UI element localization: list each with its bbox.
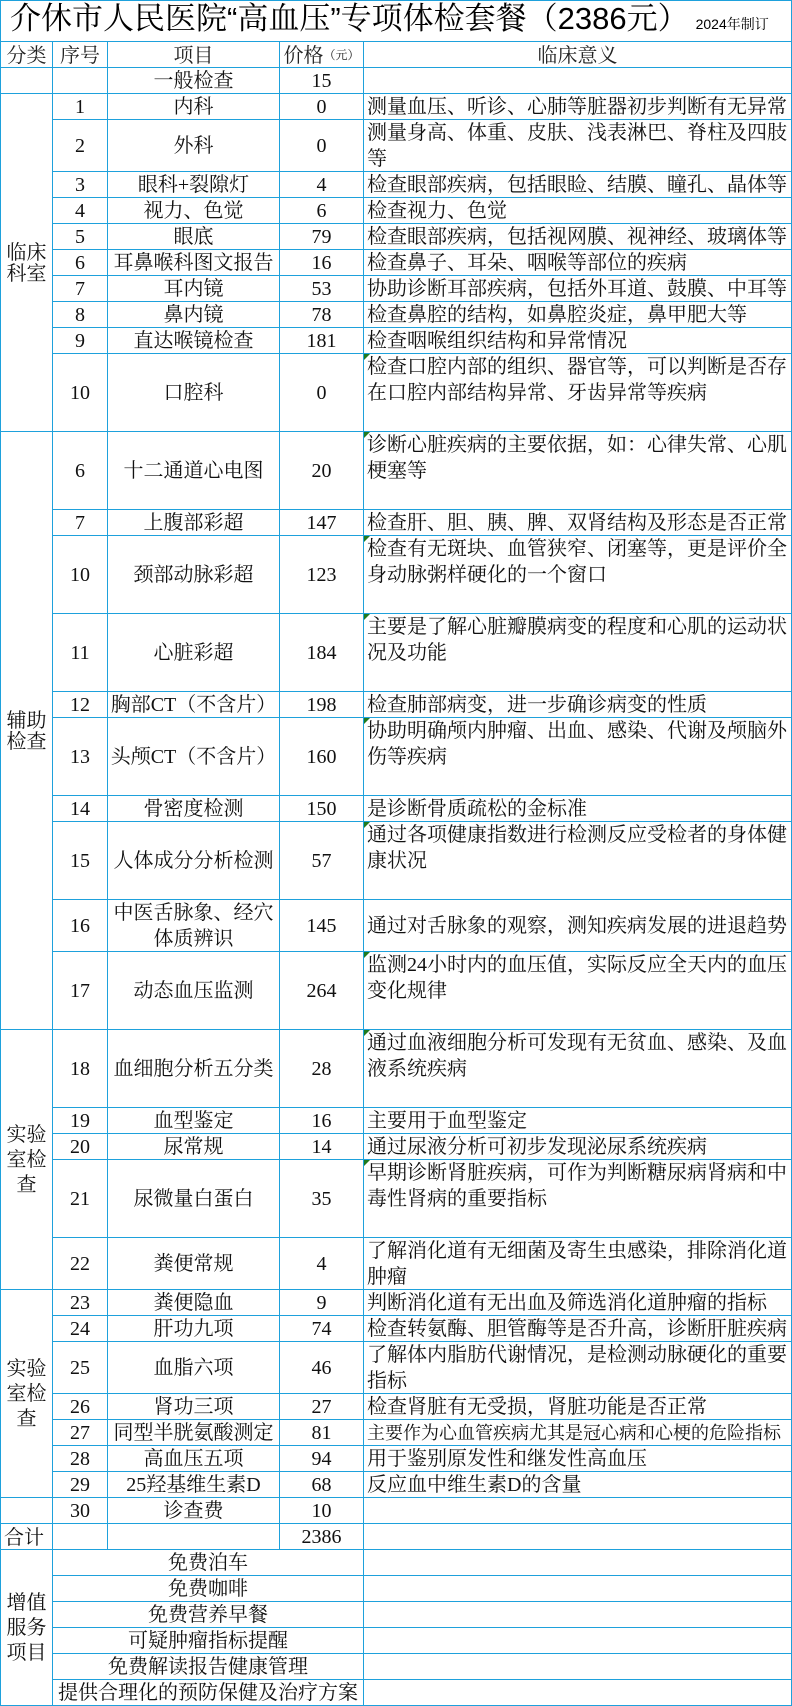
clinical-significance-text: 诊断心脏疾病的主要依据，如：心律失常、心肌梗塞等 (367, 432, 791, 484)
page-title: 介休市人民医院“高血压”专项体检套餐（2386元） (10, 1, 689, 36)
total-price: 2386 (280, 1524, 364, 1550)
item-name: 血脂六项 (108, 1342, 280, 1394)
item-price: 4 (280, 172, 364, 198)
item-price: 35 (280, 1160, 364, 1238)
clinical-significance: 用于鉴别原发性和继发性高血压 (364, 1446, 792, 1472)
row-no: 23 (53, 1290, 108, 1316)
row-no: 22 (53, 1238, 108, 1290)
row-no: 14 (53, 796, 108, 822)
clinical-significance-text: 协助明确颅内肿瘤、出血、感染、代谢及颅脑外伤等疾病 (367, 718, 791, 770)
item-name: 血型鉴定 (108, 1108, 280, 1134)
clinical-significance: 了解消化道有无细菌及寄生虫感染，排除消化道肿瘤 (364, 1238, 792, 1290)
item-price: 53 (280, 276, 364, 302)
comment-indicator-icon (364, 952, 370, 958)
item-price: 16 (280, 1108, 364, 1134)
row-no: 11 (53, 614, 108, 692)
item-name: 25羟基维生素D (108, 1472, 280, 1498)
clinical-significance: 诊断心脏疾病的主要依据，如：心律失常、心肌梗塞等 (364, 432, 792, 510)
service-note-empty (364, 1680, 792, 1706)
category-cell-empty (1, 1498, 53, 1524)
item-price: 6 (280, 198, 364, 224)
row-no: 26 (53, 1394, 108, 1420)
item-name: 十二通道心电图 (108, 432, 280, 510)
item-name: 高血压五项 (108, 1446, 280, 1472)
item-price: 10 (280, 1498, 364, 1524)
clinical-significance (364, 68, 792, 94)
clinical-significance: 测量身高、体重、皮肤、浅表淋巴、脊柱及四肢等 (364, 120, 792, 172)
service-item: 免费营养早餐 (53, 1602, 364, 1628)
row-no-empty (53, 68, 108, 94)
comment-indicator-icon (364, 536, 370, 542)
clinical-significance: 检查转氨酶、胆管酶等是否升高，诊断肝脏疾病 (364, 1316, 792, 1342)
total-label: 合计 (1, 1524, 53, 1550)
service-note-empty (364, 1628, 792, 1654)
row-no: 4 (53, 198, 108, 224)
category-label: 临床科室 (1, 94, 53, 432)
item-name: 胸部CT（不含片） (108, 692, 280, 718)
clinical-significance: 检查肝、胆、胰、脾、双肾结构及形态是否正常 (364, 510, 792, 536)
column-header-price: 价格（元） (280, 42, 364, 68)
item-name: 同型半胱氨酸测定 (108, 1420, 280, 1446)
revision-note: 2024年制订 (696, 16, 769, 32)
service-item: 免费解读报告健康管理 (53, 1654, 364, 1680)
clinical-significance: 测量血压、听诊、心肺等脏器初步判断有无异常 (364, 94, 792, 120)
item-price: 94 (280, 1446, 364, 1472)
comment-indicator-icon (364, 432, 370, 438)
item-name: 颈部动脉彩超 (108, 536, 280, 614)
services-category-label: 增值服务项目 (1, 1550, 53, 1706)
item-name: 粪便隐血 (108, 1290, 280, 1316)
item-price: 16 (280, 250, 364, 276)
clinical-significance: 检查肾脏有无受损，肾脏功能是否正常 (364, 1394, 792, 1420)
item-name: 视力、色觉 (108, 198, 280, 224)
row-no: 10 (53, 354, 108, 432)
item-price: 79 (280, 224, 364, 250)
clinical-significance: 通过各项健康指数进行检测反应受检者的身体健康状况 (364, 822, 792, 900)
clinical-significance: 检查视力、色觉 (364, 198, 792, 224)
clinical-significance: 检查咽喉组织结构和异常情况 (364, 328, 792, 354)
clinical-significance: 了解体内脂肪代谢情况，是检测动脉硬化的重要指标 (364, 1342, 792, 1394)
comment-indicator-icon (364, 614, 370, 620)
service-item: 免费泊车 (53, 1550, 364, 1576)
clinical-significance-text: 通过各项健康指数进行检测反应受检者的身体健康状况 (367, 822, 791, 874)
item-name: 眼科+裂隙灯 (108, 172, 280, 198)
item-price: 20 (280, 432, 364, 510)
item-price: 0 (280, 354, 364, 432)
row-no: 24 (53, 1316, 108, 1342)
clinical-significance: 检查有无斑块、血管狭窄、闭塞等，更是评价全身动脉粥样硬化的一个窗口 (364, 536, 792, 614)
item-name: 耳鼻喉科图文报告 (108, 250, 280, 276)
clinical-significance: 协助明确颅内肿瘤、出血、感染、代谢及颅脑外伤等疾病 (364, 718, 792, 796)
item-price: 198 (280, 692, 364, 718)
row-no: 25 (53, 1342, 108, 1394)
item-name: 外科 (108, 120, 280, 172)
row-no: 1 (53, 94, 108, 120)
clinical-significance: 检查口腔内部的组织、器官等，可以判断是否存在口腔内部结构异常、牙齿异常等疾病 (364, 354, 792, 432)
clinical-significance: 主要用于血型鉴定 (364, 1108, 792, 1134)
row-no: 7 (53, 510, 108, 536)
clinical-significance-text: 检查口腔内部的组织、器官等，可以判断是否存在口腔内部结构异常、牙齿异常等疾病 (367, 354, 791, 406)
comment-indicator-icon (364, 822, 370, 828)
item-name: 肝功九项 (108, 1316, 280, 1342)
row-no: 20 (53, 1134, 108, 1160)
item-name: 心脏彩超 (108, 614, 280, 692)
clinical-significance: 是诊断骨质疏松的金标准 (364, 796, 792, 822)
comment-indicator-icon (364, 718, 370, 724)
column-header-item: 项目 (108, 42, 280, 68)
item-name: 诊查费 (108, 1498, 280, 1524)
item-price: 184 (280, 614, 364, 692)
item-name: 中医舌脉象、经穴体质辨识 (108, 900, 280, 952)
service-note-empty (364, 1550, 792, 1576)
service-item: 免费咖啡 (53, 1576, 364, 1602)
row-no: 2 (53, 120, 108, 172)
item-name: 鼻内镜 (108, 302, 280, 328)
category-cell-empty (1, 68, 53, 94)
item-price: 264 (280, 952, 364, 1030)
category-label: 实验室检查 (1, 1290, 53, 1498)
item-name: 头颅CT（不含片） (108, 718, 280, 796)
row-no: 12 (53, 692, 108, 718)
item-price: 145 (280, 900, 364, 952)
clinical-significance: 主要作为心血管疾病尤其是冠心病和心梗的危险指标 (364, 1420, 792, 1446)
comment-indicator-icon (364, 1160, 370, 1166)
item-name: 耳内镜 (108, 276, 280, 302)
clinical-significance: 反应血中维生素D的含量 (364, 1472, 792, 1498)
item-price: 0 (280, 94, 364, 120)
item-name-empty (108, 1524, 280, 1550)
item-price: 0 (280, 120, 364, 172)
item-price: 15 (280, 68, 364, 94)
item-price: 9 (280, 1290, 364, 1316)
title-line: 介休市人民医院“高血压”专项体检套餐（2386元）2024年制订 (10, 1, 769, 42)
item-name: 尿常规 (108, 1134, 280, 1160)
comment-indicator-icon (364, 1030, 370, 1036)
item-price: 27 (280, 1394, 364, 1420)
item-name: 动态血压监测 (108, 952, 280, 1030)
clinical-significance-text: 主要是了解心脏瓣膜病变的程度和心肌的运动状况及功能 (367, 614, 791, 666)
item-name: 人体成分分析检测 (108, 822, 280, 900)
column-header-category: 分类 (1, 42, 53, 68)
clinical-significance: 通过尿液分析可初步发现泌尿系统疾病 (364, 1134, 792, 1160)
row-no: 9 (53, 328, 108, 354)
item-price: 57 (280, 822, 364, 900)
service-item: 可疑肿瘤指标提醒 (53, 1628, 364, 1654)
row-no: 16 (53, 900, 108, 952)
item-name: 上腹部彩超 (108, 510, 280, 536)
price-unit: （元） (323, 42, 359, 68)
row-no: 7 (53, 276, 108, 302)
item-price: 68 (280, 1472, 364, 1498)
row-no: 19 (53, 1108, 108, 1134)
clinical-significance-text: 早期诊断肾脏疾病，可作为判断糖尿病肾病和中毒性肾病的重要指标 (367, 1160, 791, 1212)
row-no-empty (53, 1524, 108, 1550)
item-price: 28 (280, 1030, 364, 1108)
row-no: 30 (53, 1498, 108, 1524)
clinical-significance-text: 通过血液细胞分析可发现有无贫血、感染、及血液系统疾病 (367, 1030, 791, 1082)
row-no: 10 (53, 536, 108, 614)
row-no: 18 (53, 1030, 108, 1108)
item-name: 血细胞分析五分类 (108, 1030, 280, 1108)
row-no: 21 (53, 1160, 108, 1238)
row-no: 15 (53, 822, 108, 900)
clinical-significance: 监测24小时内的血压值，实际反应全天内的血压变化规律 (364, 952, 792, 1030)
item-price: 147 (280, 510, 364, 536)
clinical-significance: 协助诊断耳部疾病，包括外耳道、鼓膜、中耳等 (364, 276, 792, 302)
item-name: 尿微量白蛋白 (108, 1160, 280, 1238)
row-no: 28 (53, 1446, 108, 1472)
clinical-significance: 检查肺部病变，进一步确诊病变的性质 (364, 692, 792, 718)
clinical-significance: 判断消化道有无出血及筛选消化道肿瘤的指标 (364, 1290, 792, 1316)
row-no: 17 (53, 952, 108, 1030)
column-header-significance: 临床意义 (364, 42, 792, 68)
item-name: 口腔科 (108, 354, 280, 432)
clinical-significance: 检查眼部疾病，包括眼睑、结膜、瞳孔、晶体等 (364, 172, 792, 198)
column-header-no: 序号 (53, 42, 108, 68)
item-name: 直达喉镜检查 (108, 328, 280, 354)
service-note-empty (364, 1654, 792, 1680)
item-price: 14 (280, 1134, 364, 1160)
clinical-significance: 早期诊断肾脏疾病，可作为判断糖尿病肾病和中毒性肾病的重要指标 (364, 1160, 792, 1238)
item-name: 肾功三项 (108, 1394, 280, 1420)
clinical-significance (364, 1498, 792, 1524)
item-price: 181 (280, 328, 364, 354)
item-name: 内科 (108, 94, 280, 120)
service-item: 提供合理化的预防保健及治疗方案 (53, 1680, 364, 1706)
category-label: 实验室检查 (1, 1030, 53, 1290)
item-name: 一般检查 (108, 68, 280, 94)
item-price: 78 (280, 302, 364, 328)
item-name: 骨密度检测 (108, 796, 280, 822)
item-price: 150 (280, 796, 364, 822)
package-price-table: 介休市人民医院“高血压”专项体检套餐（2386元）2024年制订 分类 序号 项… (0, 0, 792, 1706)
clinical-significance: 主要是了解心脏瓣膜病变的程度和心肌的运动状况及功能 (364, 614, 792, 692)
row-no: 5 (53, 224, 108, 250)
row-no: 29 (53, 1472, 108, 1498)
clinical-significance-text: 监测24小时内的血压值，实际反应全天内的血压变化规律 (367, 952, 791, 1004)
table-title: 介休市人民医院“高血压”专项体检套餐（2386元）2024年制订 (1, 1, 792, 42)
clinical-significance-text: 检查有无斑块、血管狭窄、闭塞等，更是评价全身动脉粥样硬化的一个窗口 (367, 536, 791, 588)
price-label: 价格 (283, 42, 323, 68)
item-price: 4 (280, 1238, 364, 1290)
item-price: 74 (280, 1316, 364, 1342)
category-label: 辅助检查 (1, 432, 53, 1030)
item-price: 123 (280, 536, 364, 614)
clinical-significance: 检查眼部疾病，包括视网膜、视神经、玻璃体等 (364, 224, 792, 250)
clinical-significance: 检查鼻腔的结构，如鼻腔炎症，鼻甲肥大等 (364, 302, 792, 328)
service-note-empty (364, 1576, 792, 1602)
clinical-significance: 通过血液细胞分析可发现有无贫血、感染、及血液系统疾病 (364, 1030, 792, 1108)
item-price: 81 (280, 1420, 364, 1446)
clinical-significance (364, 1524, 792, 1550)
row-no: 6 (53, 250, 108, 276)
row-no: 27 (53, 1420, 108, 1446)
clinical-significance: 通过对舌脉象的观察，测知疾病发展的进退趋势 (364, 900, 792, 952)
clinical-significance: 检查鼻子、耳朵、咽喉等部位的疾病 (364, 250, 792, 276)
item-name: 眼底 (108, 224, 280, 250)
item-price: 46 (280, 1342, 364, 1394)
row-no: 3 (53, 172, 108, 198)
item-price: 160 (280, 718, 364, 796)
row-no: 6 (53, 432, 108, 510)
item-name: 粪便常规 (108, 1238, 280, 1290)
comment-indicator-icon (364, 354, 370, 360)
row-no: 13 (53, 718, 108, 796)
row-no: 8 (53, 302, 108, 328)
service-note-empty (364, 1602, 792, 1628)
